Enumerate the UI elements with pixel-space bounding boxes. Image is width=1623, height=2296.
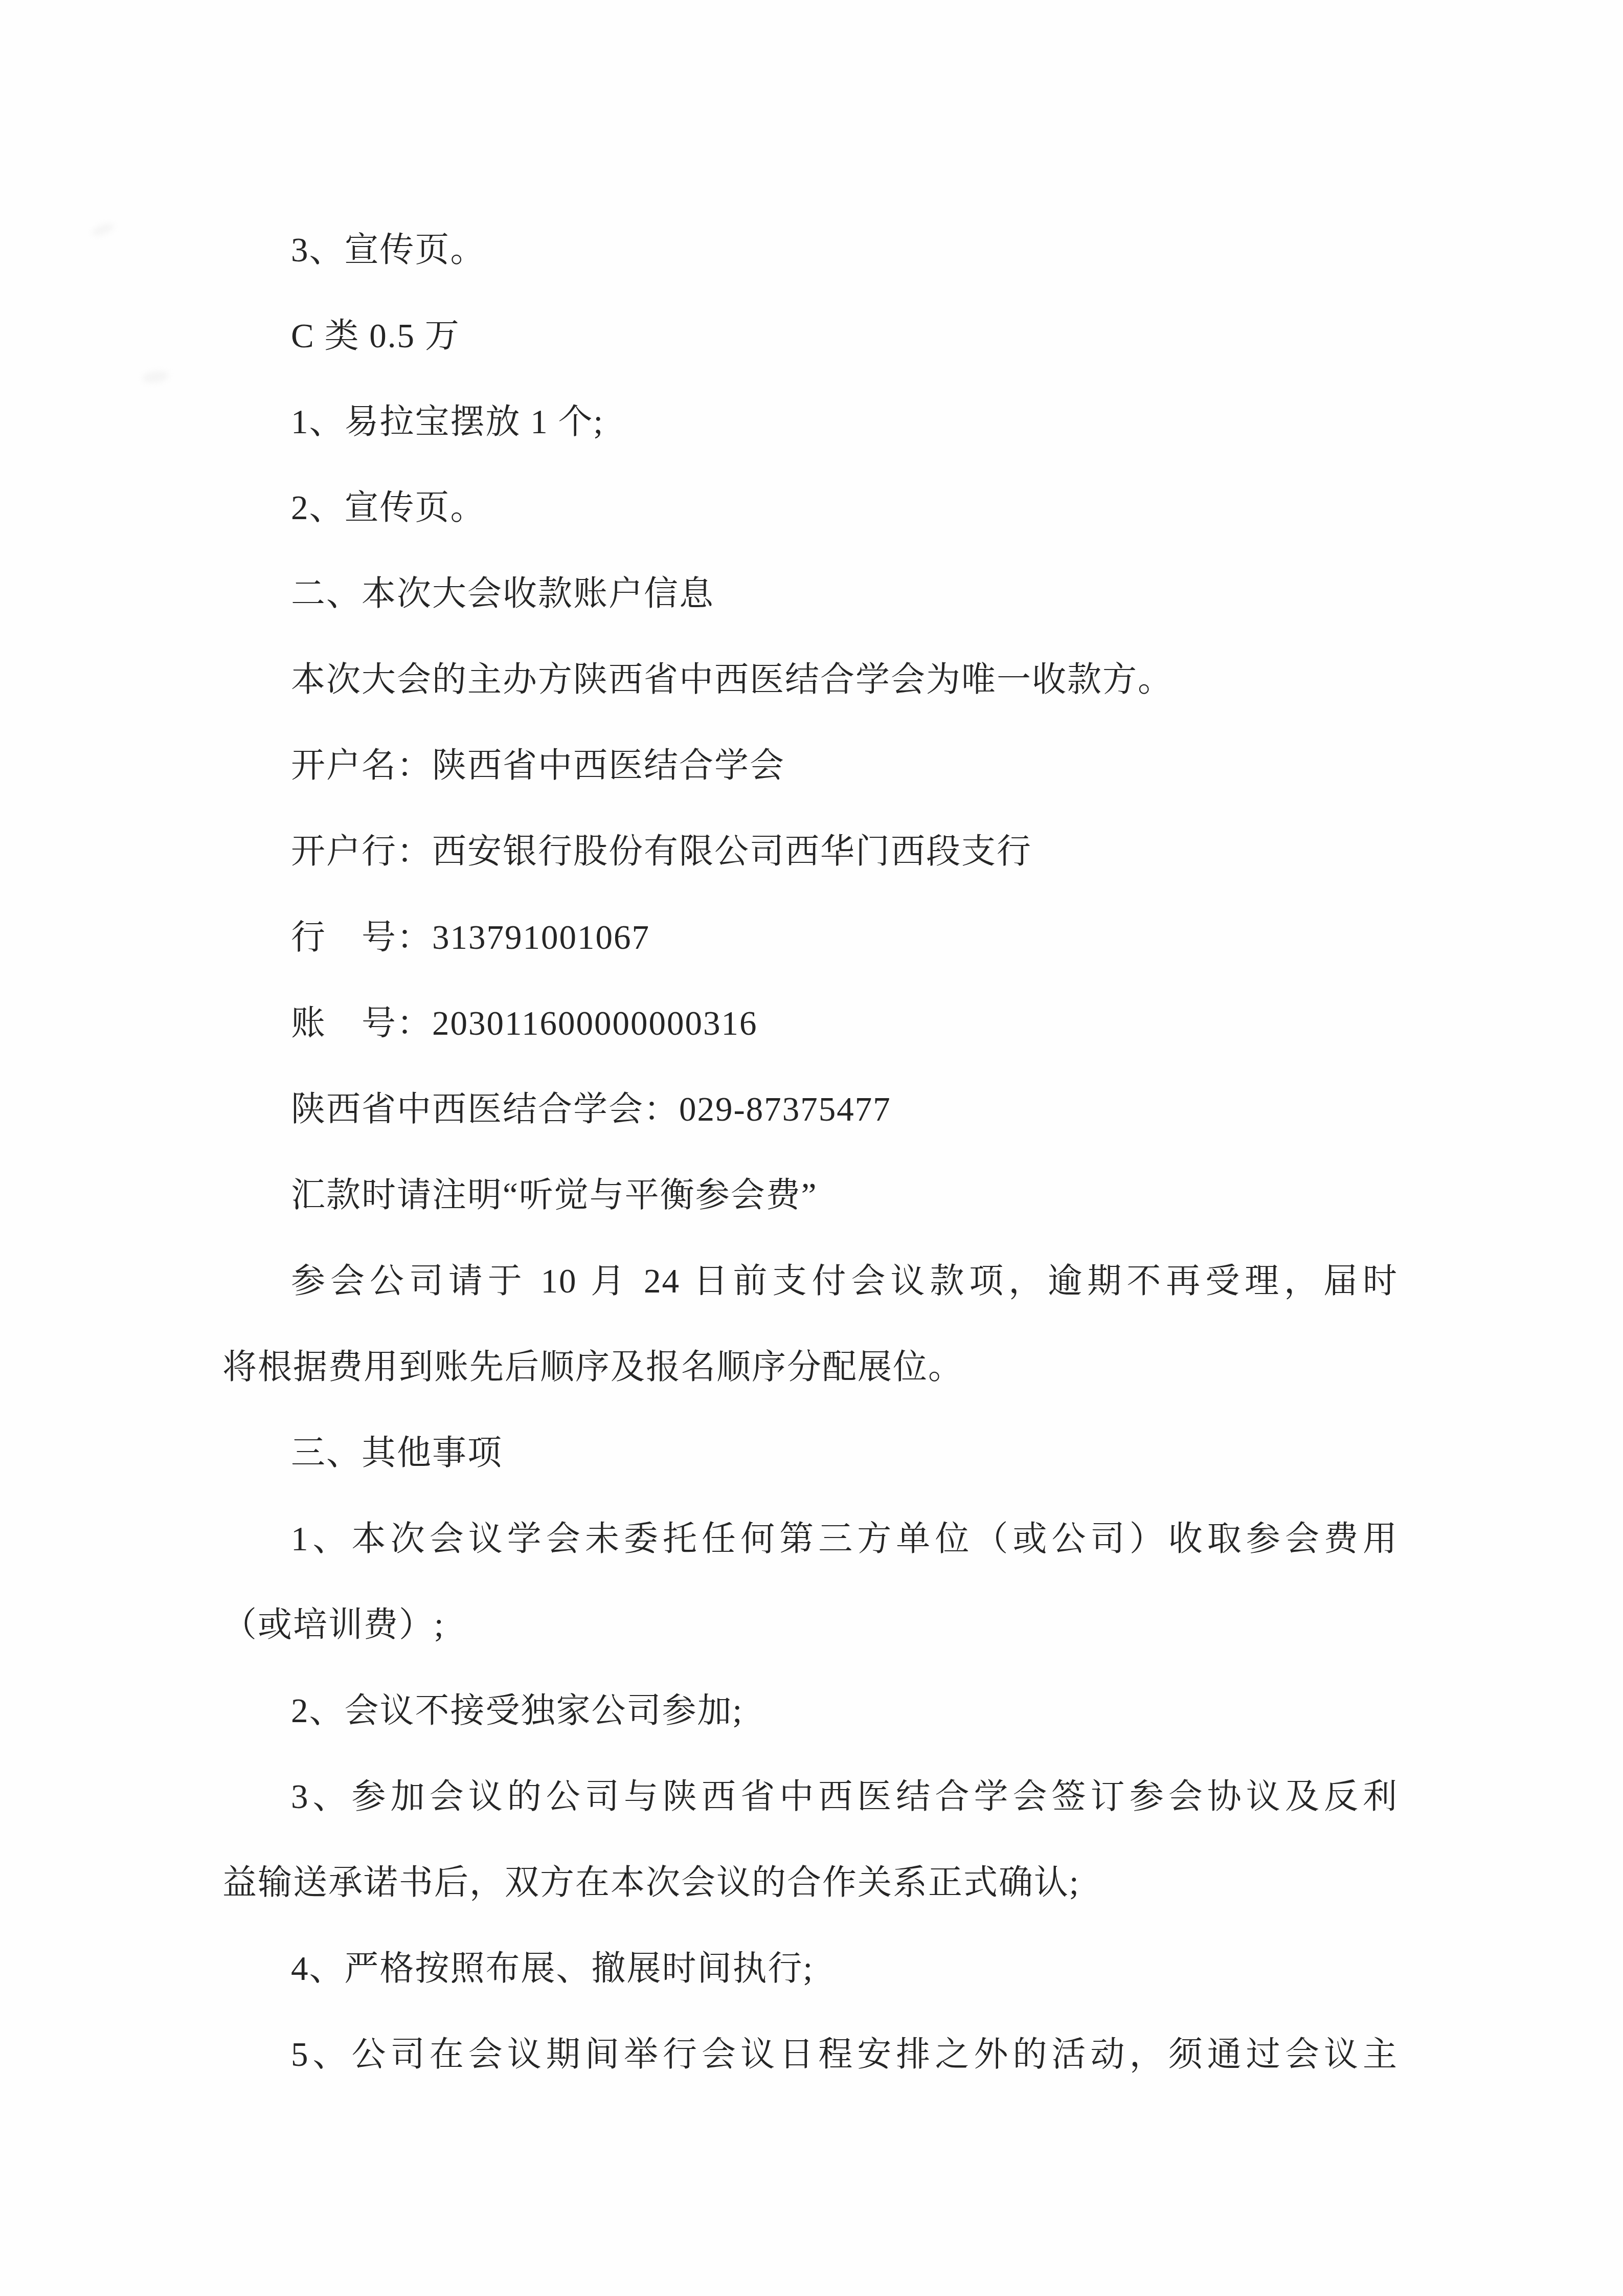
document-line: 二、本次大会收款账户信息	[222, 551, 1398, 637]
document-line: 2、宣传页。	[222, 465, 1398, 551]
document-line: 1、易拉宝摆放 1 个;	[222, 379, 1398, 465]
document-line: 开户行：西安银行股份有限公司西华门西段支行	[222, 809, 1398, 895]
document-body: 3、宣传页。C 类 0.5 万1、易拉宝摆放 1 个;2、宣传页。二、本次大会收…	[222, 207, 1398, 2098]
scan-smudge-artifact	[142, 369, 170, 384]
document-line: 4、严格按照布展、撤展时间执行;	[222, 1926, 1398, 2012]
document-line: 陕西省中西医结合学会：029-87375477	[222, 1066, 1398, 1152]
scan-smudge-artifact	[90, 221, 115, 238]
scanned-document-page: 3、宣传页。C 类 0.5 万1、易拉宝摆放 1 个;2、宣传页。二、本次大会收…	[0, 0, 1623, 2296]
document-line: 本次大会的主办方陕西省中西医结合学会为唯一收款方。	[222, 637, 1398, 723]
document-line: 3、参加会议的公司与陕西省中西医结合学会签订参会协议及反利	[222, 1754, 1398, 1840]
document-line: 2、会议不接受独家公司参加;	[222, 1668, 1398, 1754]
document-line: （或培训费）;	[222, 1582, 1398, 1668]
document-line: 开户名：陕西省中西医结合学会	[222, 723, 1398, 809]
document-line: 三、其他事项	[222, 1410, 1398, 1496]
document-line: 5、公司在会议期间举行会议日程安排之外的活动，须通过会议主	[222, 2012, 1398, 2098]
document-line: 行 号：313791001067	[222, 895, 1398, 980]
document-line: 账 号：203011600000000316	[222, 980, 1398, 1066]
document-line: 1、本次会议学会未委托任何第三方单位（或公司）收取参会费用	[222, 1496, 1398, 1582]
document-line: 汇款时请注明“听觉与平衡参会费”	[222, 1152, 1398, 1238]
document-line: C 类 0.5 万	[222, 293, 1398, 379]
document-line: 3、宣传页。	[222, 207, 1398, 293]
document-line: 将根据费用到账先后顺序及报名顺序分配展位。	[222, 1324, 1398, 1410]
document-line: 参会公司请于 10 月 24 日前支付会议款项，逾期不再受理，届时	[222, 1238, 1398, 1324]
document-line: 益输送承诺书后，双方在本次会议的合作关系正式确认;	[222, 1840, 1398, 1926]
